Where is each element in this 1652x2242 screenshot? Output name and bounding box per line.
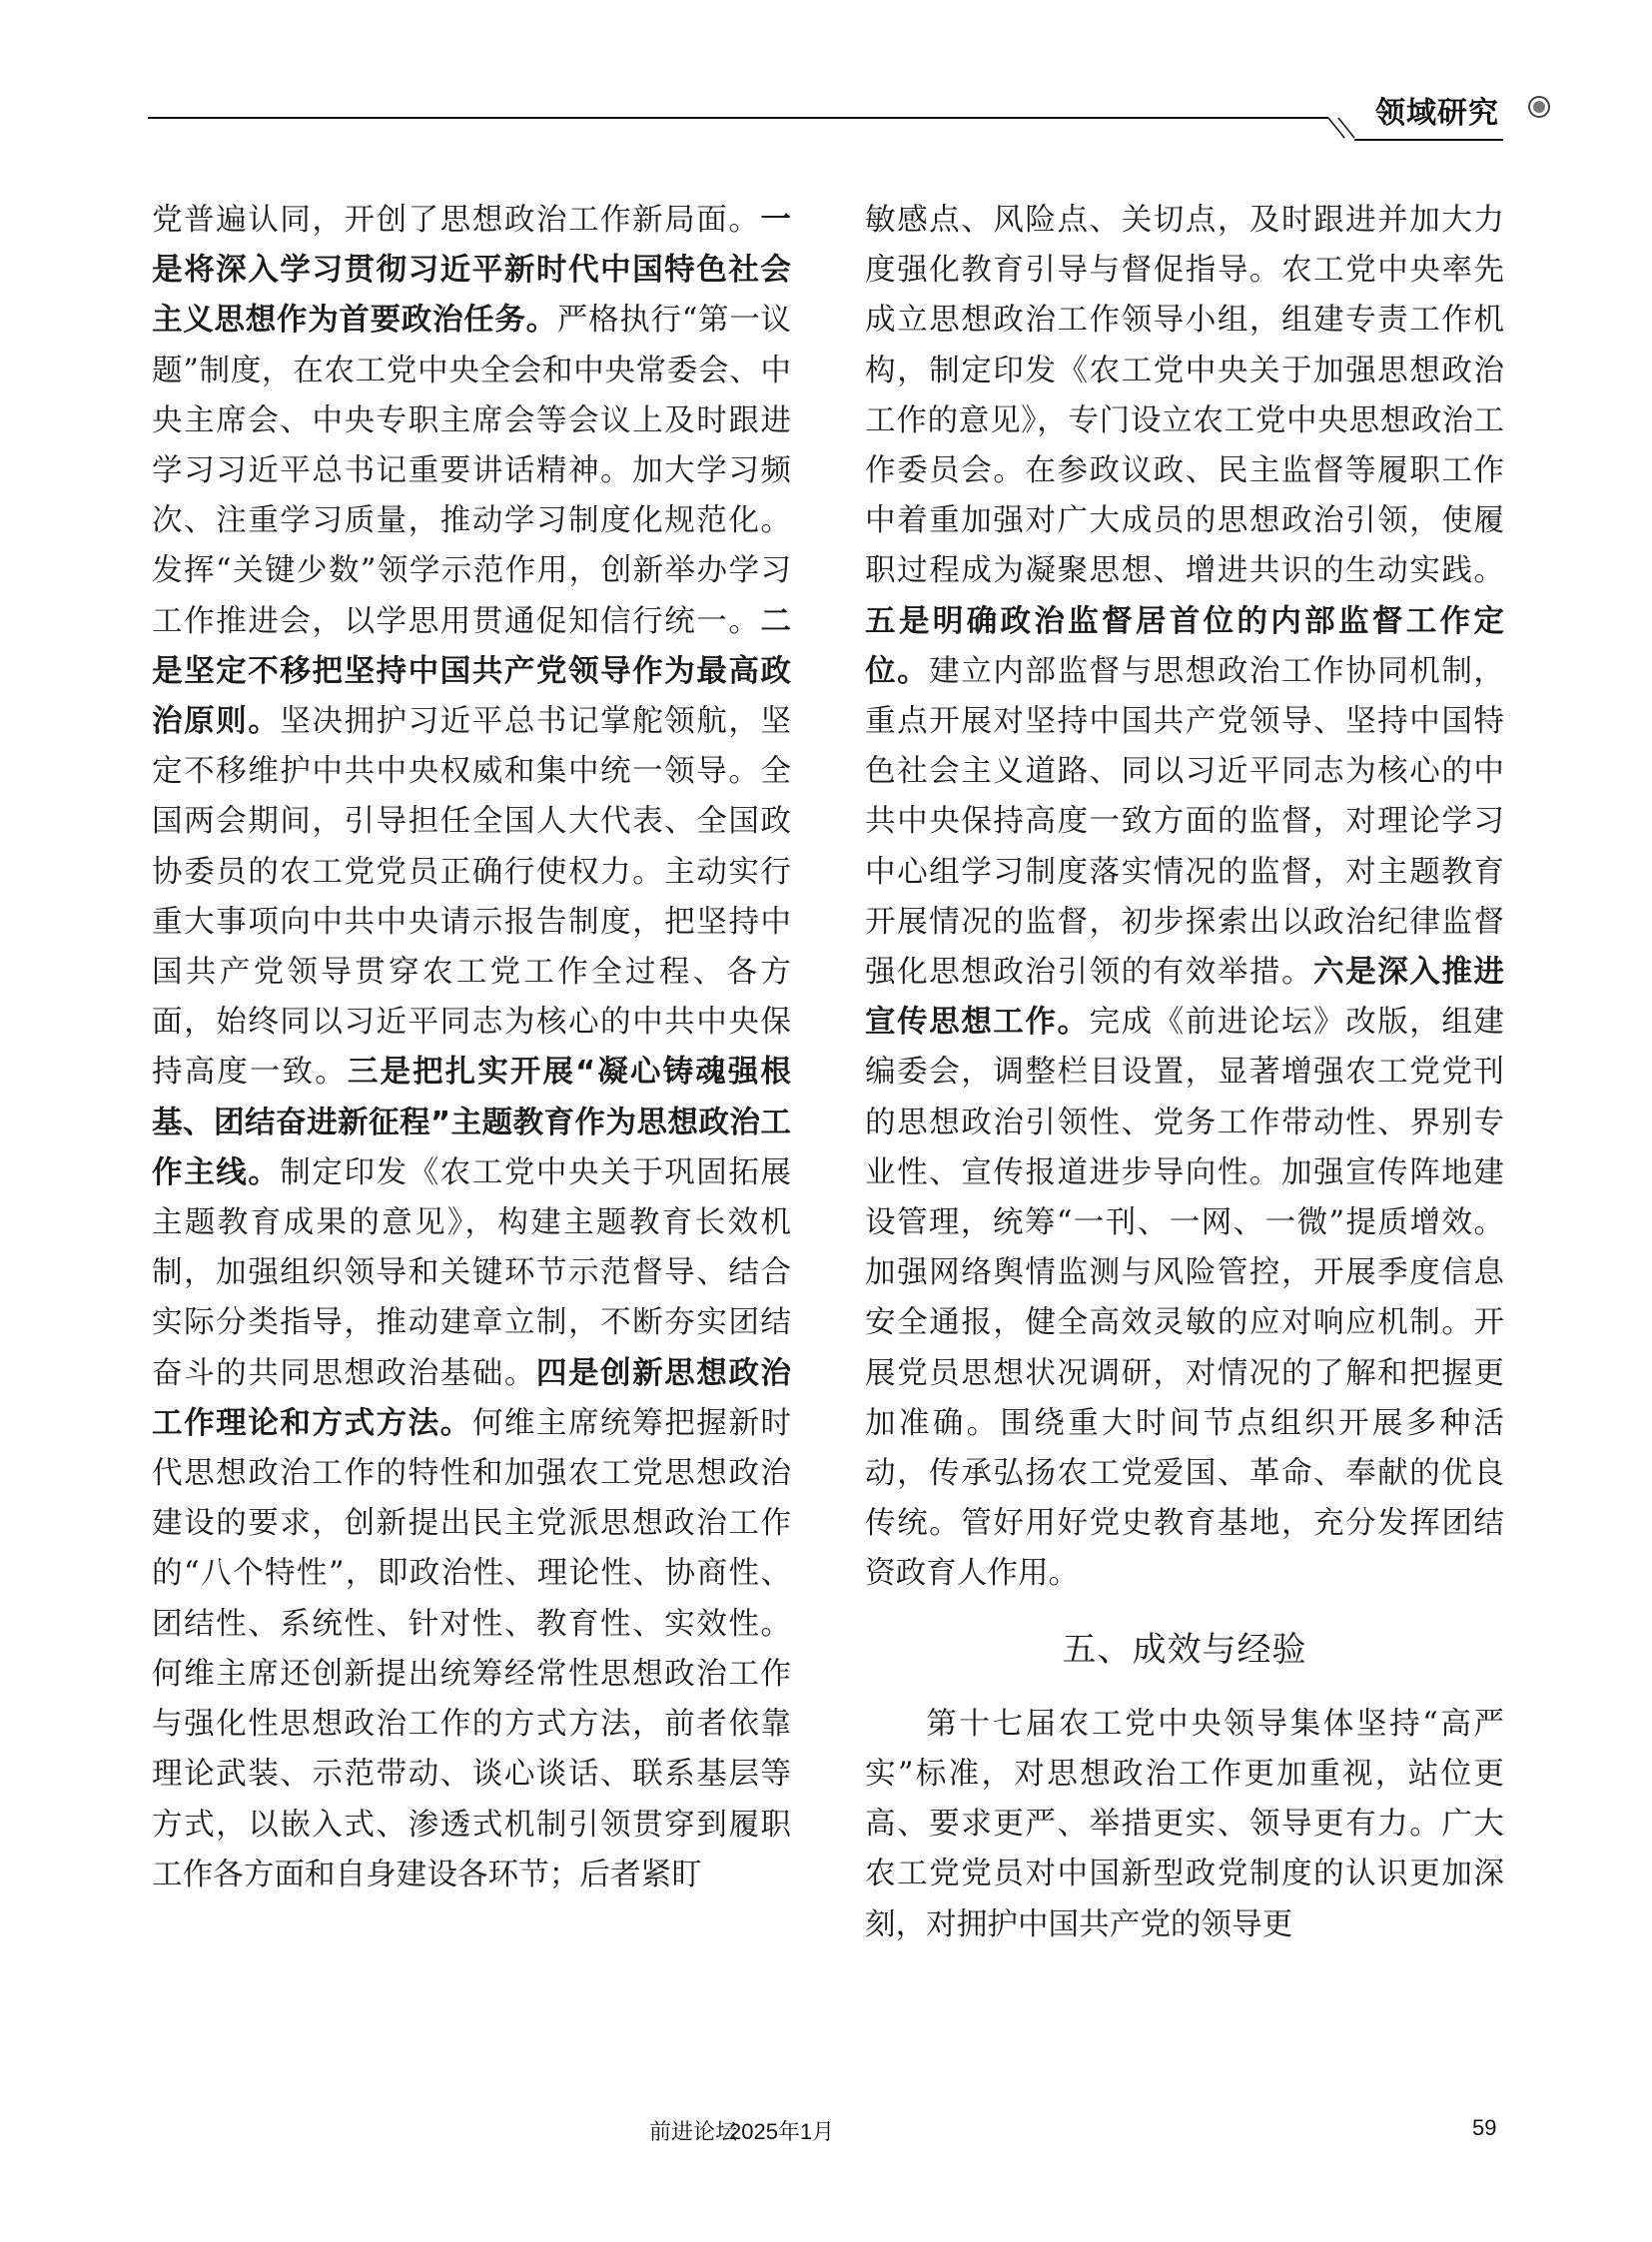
text-run: 何维主席统筹把握新时代思想政治工作的特性和加强农工党思想政治建设的要求，创新提出…: [152, 1406, 791, 1892]
text-run: 党普遍认同，开创了思想政治工作新局面。: [152, 203, 760, 238]
target-circle-icon: [1528, 96, 1550, 118]
text-run: 完成《前进论坛》改版，组建编委会，调整栏目设置，显著增强农工党党刊的思想政治引领…: [865, 1005, 1504, 1591]
text-run: 敏感点、风险点、关切点，及时跟进并加大力度强化教育引导与督促指导。农工党中央率先…: [865, 203, 1504, 588]
body-paragraph: 第十七届农工党中央领导集体坚持“高严实”标准，对思想政治工作更加重视，站位更高、…: [865, 1700, 1504, 1950]
header-rule: [0, 0, 1652, 160]
text-run: 严格执行“第一议题”制度，在农工党中央全会和中央常委会、中央主席会、中央专职主席…: [152, 303, 791, 638]
footer-journal-name: 前进论坛: [649, 2115, 737, 2146]
text-run: 第十七届农工党中央领导集体坚持“高严实”标准，对思想政治工作更加重视，站位更高、…: [865, 1707, 1504, 1942]
section-heading: 五、成效与经验: [865, 1600, 1504, 1700]
section-title: 领域研究: [1375, 88, 1499, 132]
body-paragraph: 党普遍认同，开创了思想政治工作新局面。一是将深入学习贯彻习近平新时代中国特色社会…: [152, 196, 791, 1900]
text-run: 建立内部监督与思想政治工作协同机制，重点开展对坚持中国共产党领导、坚持中国特色社…: [865, 654, 1504, 990]
text-run: 坚决拥护习近平总书记掌舵领航，坚定不移维护中共中央权威和集中统一领导。全国两会期…: [152, 704, 791, 1090]
left-column: 党普遍认同，开创了思想政治工作新局面。一是将深入学习贯彻习近平新时代中国特色社会…: [152, 196, 791, 1900]
right-column: 敏感点、风险点、关切点，及时跟进并加大力度强化教育引导与督促指导。农工党中央率先…: [865, 196, 1504, 1950]
footer-date: 2025年1月: [729, 2115, 834, 2146]
body-paragraph: 敏感点、风险点、关切点，及时跟进并加大力度强化教育引导与督促指导。农工党中央率先…: [865, 196, 1504, 1600]
page-number: 59: [1472, 2115, 1496, 2141]
